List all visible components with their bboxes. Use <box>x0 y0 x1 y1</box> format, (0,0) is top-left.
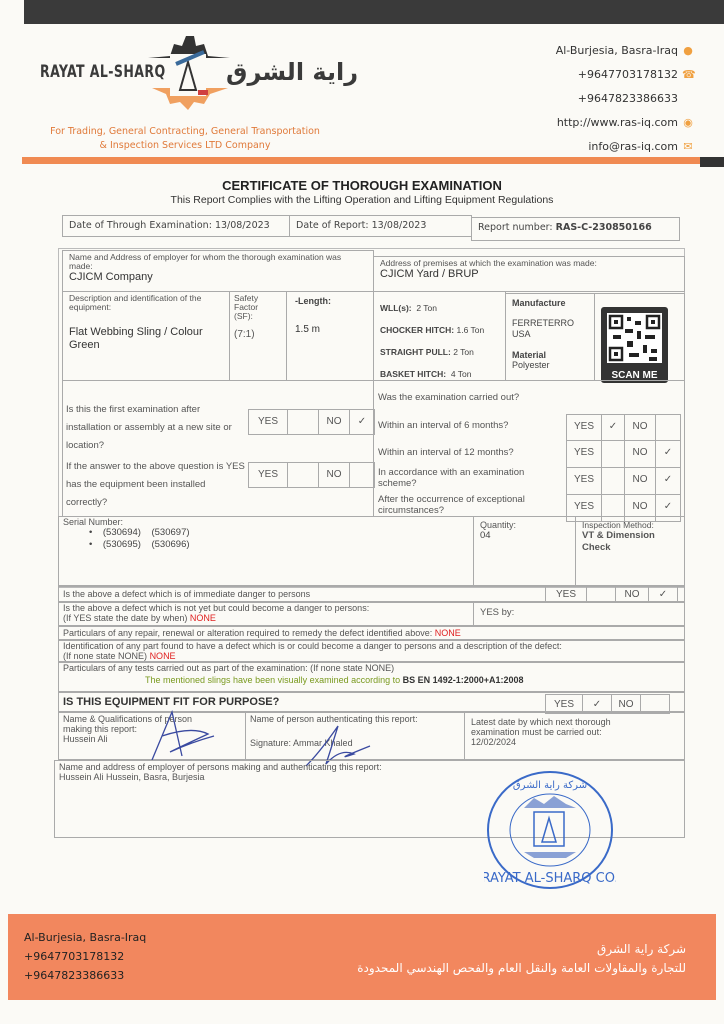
immediate-no-label: NO <box>615 586 649 603</box>
wll-value: 2 Ton <box>416 303 437 313</box>
interval-6-no-box[interactable] <box>655 414 681 441</box>
first-exam-yes-box[interactable] <box>287 409 319 435</box>
quantity-value: 04 <box>480 530 569 541</box>
immediate-yes-box[interactable] <box>586 586 616 603</box>
company-name-en: RAYAT AL-SHARQ <box>40 62 166 82</box>
employer-cell: Name and Address of employer for whom th… <box>62 250 374 292</box>
immediate-yes-label: YES <box>545 586 587 603</box>
interval-6-question: Within an interval of 6 months? <box>378 420 558 431</box>
premises-cell: Address of premises at which the examina… <box>373 256 685 292</box>
header-top-bar <box>24 0 724 24</box>
exam-scheme-yes-box[interactable] <box>601 467 625 495</box>
interval-12-yes-label: YES <box>566 440 602 468</box>
first-exam-yes-label: YES <box>248 409 288 435</box>
contact-email[interactable]: info@ras-iq.com✉ <box>588 140 694 153</box>
maker-signature-icon <box>142 706 222 766</box>
quantity-cell: Quantity: 04 <box>473 516 576 586</box>
header-divider-end <box>700 157 724 167</box>
length-cell: -Length: 1.5 m <box>286 291 374 381</box>
globe-icon: ◉ <box>682 117 694 129</box>
immediate-no-box[interactable]: ✓ <box>648 586 678 603</box>
interval-6-no-label: NO <box>624 414 656 441</box>
footer-phone2: +9647823386633 <box>24 966 146 985</box>
defective-part-row: Identification of any part found to have… <box>58 640 685 662</box>
premises-value: CJICM Yard / BRUP <box>380 268 678 280</box>
interval-6-yes-label: YES <box>566 414 602 441</box>
contact-phone2: +9647823386633 <box>578 92 678 105</box>
interval-12-yes-box[interactable] <box>601 440 625 468</box>
company-tagline: For Trading, General Contracting, Genera… <box>30 125 340 153</box>
exam-scheme-no-label: NO <box>624 467 656 495</box>
installed-yes-box[interactable] <box>287 462 319 488</box>
manufacture-cell: Manufacture FERRETERRO USA Material Poly… <box>505 293 595 381</box>
header-divider <box>22 157 702 164</box>
document-title: CERTIFICATE OF THOROUGH EXAMINATION <box>0 178 724 193</box>
fit-no-label: NO <box>611 694 641 714</box>
repair-row: Particulars of any repair, renewal or al… <box>58 626 685 640</box>
exam-scheme-question: In accordance with an examination scheme… <box>378 467 558 489</box>
exam-carried-out-heading: Was the examination carried out? <box>378 392 519 403</box>
interval-6-yes-box[interactable]: ✓ <box>601 414 625 441</box>
report-number-cell: Report number: RAS-C-230850166 <box>471 217 680 241</box>
yes-by-cell: YES by: <box>473 602 685 626</box>
material-value: Polyester <box>512 360 588 370</box>
installed-no-label: NO <box>318 462 350 488</box>
fit-yes-box[interactable]: ✓ <box>582 694 612 714</box>
future-danger-value: NONE <box>190 613 216 623</box>
repair-value: NONE <box>435 628 461 638</box>
serial-row: • (530695) (530696) <box>89 539 469 551</box>
exam-scheme-yes-label: YES <box>566 467 602 495</box>
svg-text:شركة راية الشرق: شركة راية الشرق <box>513 780 587 791</box>
location-pin-icon: ● <box>682 45 694 57</box>
future-danger-cell: Is the above a defect which is not yet b… <box>58 602 474 626</box>
footer-arabic: شركة راية الشرق للتجارة والمقاولات العام… <box>357 940 686 978</box>
equipment-description-cell: Description and identification of the eq… <box>62 291 230 381</box>
envelope-icon: ✉ <box>682 141 694 153</box>
installed-correctly-question: If the answer to the above question is Y… <box>66 458 246 512</box>
contact-website[interactable]: http://www.ras-iq.com◉ <box>557 116 694 129</box>
interval-12-no-label: NO <box>624 440 656 468</box>
first-exam-no-label: NO <box>318 409 350 435</box>
company-name-ar: راية الشرق <box>226 58 358 86</box>
next-exam-cell: Latest date by which next thorough exami… <box>464 712 685 760</box>
report-date-cell: Date of Report: 13/08/2023 <box>289 215 472 237</box>
exam-date-cell: Date of Through Examination: 13/08/2023 <box>62 215 290 237</box>
inspection-method-value: VT & Dimension Check <box>582 530 662 554</box>
fit-no-box[interactable] <box>640 694 670 714</box>
exceptional-circumstances-question: After the occurrence of exceptional circ… <box>378 494 558 516</box>
inspection-method-cell: Inspection Method: VT & Dimension Check <box>575 516 685 586</box>
tests-value: The mentioned slings have been visually … <box>145 675 400 685</box>
installed-no-box[interactable] <box>349 462 375 488</box>
wll-cell: WLL(s): 2 Ton CHOCKER HITCH: 1.6 Ton STR… <box>373 291 506 381</box>
installed-yes-label: YES <box>248 462 288 488</box>
exam-date: 13/08/2023 <box>215 220 270 231</box>
next-exam-date: 12/02/2024 <box>471 737 678 747</box>
company-stamp-icon: RAYAT AL-SHARQ CO. شركة راية الشرق <box>484 768 616 892</box>
contact-address: Al-Burjesia, Basra-Iraq● <box>556 44 694 57</box>
serial-list: • (530694) (530697) • (530695) (530696) <box>89 527 469 551</box>
tests-row: Particulars of any tests carried out as … <box>58 662 685 692</box>
equipment-description: Flat Webbing Sling / Colour Green <box>69 326 223 352</box>
basket-value: 4 Ton <box>451 369 472 379</box>
interval-12-no-box[interactable]: ✓ <box>655 440 681 468</box>
footer-arabic-description: للتجارة والمقاولات العامة والنقل العام و… <box>357 959 686 978</box>
report-number: RAS-C-230850166 <box>556 222 652 233</box>
safety-factor-value: (7:1) <box>234 329 282 340</box>
footer-arabic-company: شركة راية الشرق <box>357 940 686 959</box>
choker-value: 1.6 Ton <box>457 325 485 335</box>
straight-value: 2 Ton <box>453 347 474 357</box>
tests-standard: BS EN 1492-1:2000+A1:2008 <box>403 675 524 685</box>
svg-text:RAYAT AL-SHARQ CO.: RAYAT AL-SHARQ CO. <box>484 871 616 886</box>
safety-factor-cell: Safety Factor (SF): (7:1) <box>229 291 287 381</box>
contact-phone1: +9647703178132☎ <box>578 68 694 81</box>
serial-number-cell: Serial Number: • (530694) (530697) • (53… <box>58 516 474 586</box>
fit-yes-label: YES <box>545 694 583 714</box>
document-subtitle: This Report Complies with the Lifting Op… <box>0 194 724 206</box>
length-value: 1.5 m <box>295 324 365 335</box>
defective-part-value: NONE <box>150 651 176 661</box>
first-exam-question: Is this the first examination after inst… <box>66 401 246 455</box>
report-date: 13/08/2023 <box>372 220 427 231</box>
footer-phone1: +9647703178132 <box>24 947 146 966</box>
serial-row: • (530694) (530697) <box>89 527 469 539</box>
qr-code-icon <box>607 313 662 363</box>
telephone-icon: ☎ <box>682 69 694 81</box>
footer-contact: Al-Burjesia, Basra-Iraq +9647703178132 +… <box>24 928 146 985</box>
qr-code[interactable]: SCAN ME <box>601 307 668 383</box>
footer-address: Al-Burjesia, Basra-Iraq <box>24 928 146 947</box>
interval-12-question: Within an interval of 12 months? <box>378 447 558 458</box>
employer-value: CJICM Company <box>69 271 367 283</box>
manufacture-value: FERRETERRO USA <box>512 318 572 340</box>
exam-scheme-no-box[interactable]: ✓ <box>655 467 681 495</box>
first-exam-no-box[interactable]: ✓ <box>349 409 375 435</box>
